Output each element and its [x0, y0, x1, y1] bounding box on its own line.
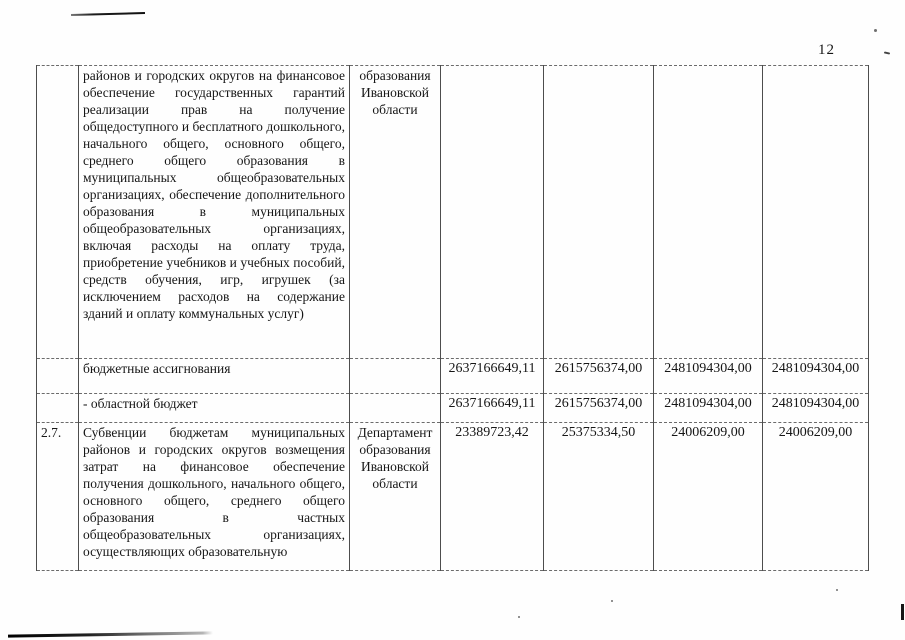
value-cell	[654, 66, 763, 359]
executor-cell: Департамент образования Ивановской облас…	[350, 423, 441, 571]
page-number: 12	[818, 42, 835, 59]
scanned-document-page: 12 районов и городских округов на финанс…	[0, 0, 905, 640]
description-cell: бюджетные ассигнования	[79, 359, 350, 394]
executor-cell: образования Ивановской области	[350, 66, 441, 359]
scan-speck	[518, 616, 520, 618]
scan-speck	[884, 51, 890, 54]
value-cell: 2481094304,00	[654, 394, 763, 423]
scan-artifact-line	[71, 12, 145, 16]
table-row-2-7: 2.7. Субвенции бюджетам муниципальных ра…	[37, 423, 869, 571]
value-cell: 24006209,00	[763, 423, 869, 571]
scan-speck	[874, 29, 877, 32]
value-cell: 2481094304,00	[654, 359, 763, 394]
row-number-cell	[37, 66, 79, 359]
description-cell: районов и городских округов на финансово…	[79, 66, 350, 359]
value-cell	[544, 66, 654, 359]
table-row-continuation: районов и городских округов на финансово…	[37, 66, 869, 359]
value-cell: 25375334,50	[544, 423, 654, 571]
row-number-cell	[37, 359, 79, 394]
value-cell	[441, 66, 544, 359]
value-cell: 23389723,42	[441, 423, 544, 571]
table-row-budget-allocations: бюджетные ассигнования 2637166649,11 261…	[37, 359, 869, 394]
value-cell: 2615756374,00	[544, 359, 654, 394]
value-cell: 2481094304,00	[763, 394, 869, 423]
scan-speck	[611, 600, 613, 602]
value-cell: 2637166649,11	[441, 394, 544, 423]
value-cell	[763, 66, 869, 359]
row-number-cell	[37, 394, 79, 423]
executor-cell	[350, 359, 441, 394]
scan-artifact-line	[8, 631, 213, 637]
executor-cell	[350, 394, 441, 423]
scan-artifact-mark	[901, 604, 904, 620]
value-cell: 2481094304,00	[763, 359, 869, 394]
description-cell: Субвенции бюджетам муниципальных районов…	[79, 423, 350, 571]
value-cell: 2615756374,00	[544, 394, 654, 423]
table-row-regional-budget: - областной бюджет 2637166649,11 2615756…	[37, 394, 869, 423]
description-cell: - областной бюджет	[79, 394, 350, 423]
row-number-cell: 2.7.	[37, 423, 79, 571]
value-cell: 24006209,00	[654, 423, 763, 571]
budget-table: районов и городских округов на финансово…	[36, 65, 869, 571]
scan-speck	[836, 589, 838, 591]
value-cell: 2637166649,11	[441, 359, 544, 394]
